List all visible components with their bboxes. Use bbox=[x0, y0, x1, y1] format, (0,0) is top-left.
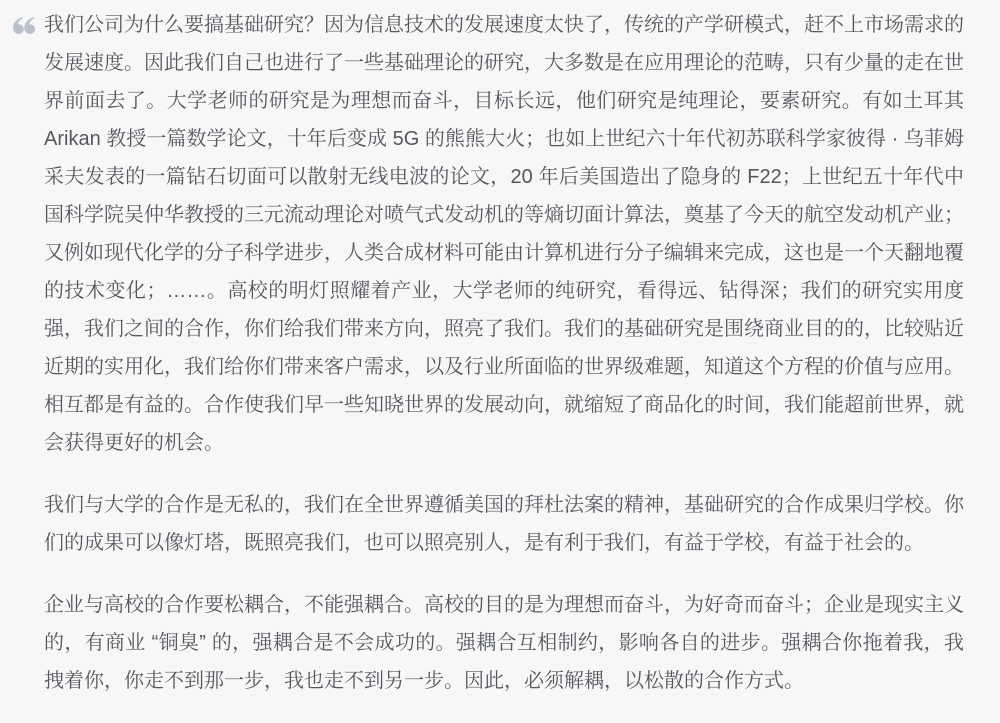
quote-paragraph-2: 我们与大学的合作是无私的，我们在全世界遵循美国的拜杜法案的精神，基础研究的合作成… bbox=[44, 486, 964, 562]
left-double-quote-icon bbox=[13, 17, 35, 34]
quote-paragraph-3: 企业与高校的合作要松耦合，不能强耦合。高校的目的是为理想而奋斗，为好奇而奋斗；企… bbox=[44, 586, 964, 700]
quote-paragraph-1: 我们公司为什么要搞基础研究？因为信息技术的发展速度太快了，传统的产学研模式，赶不… bbox=[44, 6, 964, 462]
quote-block: 我们公司为什么要搞基础研究？因为信息技术的发展速度太快了，传统的产学研模式，赶不… bbox=[0, 0, 1000, 723]
